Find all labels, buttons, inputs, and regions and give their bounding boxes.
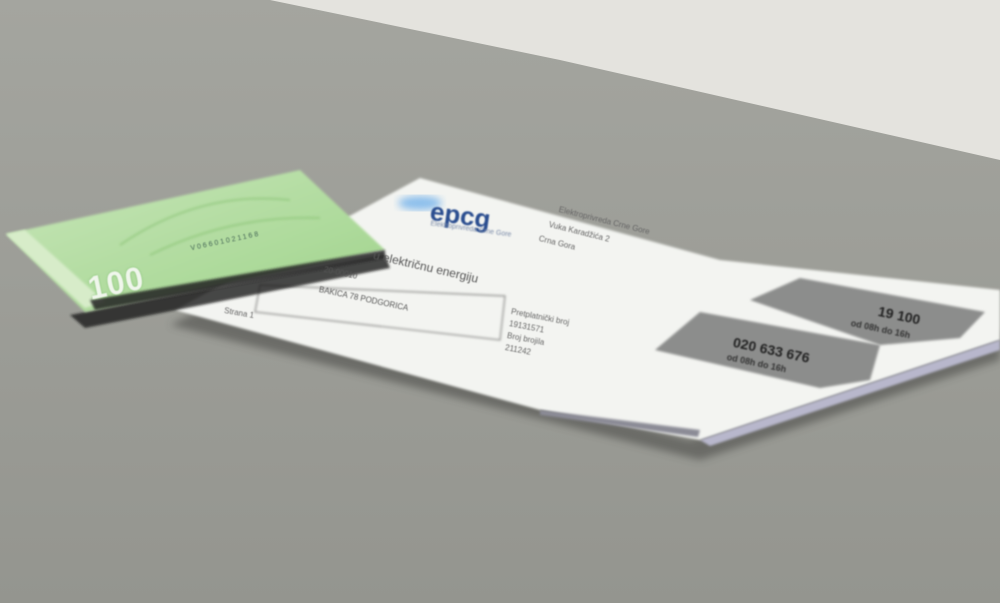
scene-shapes bbox=[0, 0, 1000, 603]
photo-scene: epcg Elektroprivreda Crne Gore Elektropr… bbox=[0, 0, 1000, 603]
